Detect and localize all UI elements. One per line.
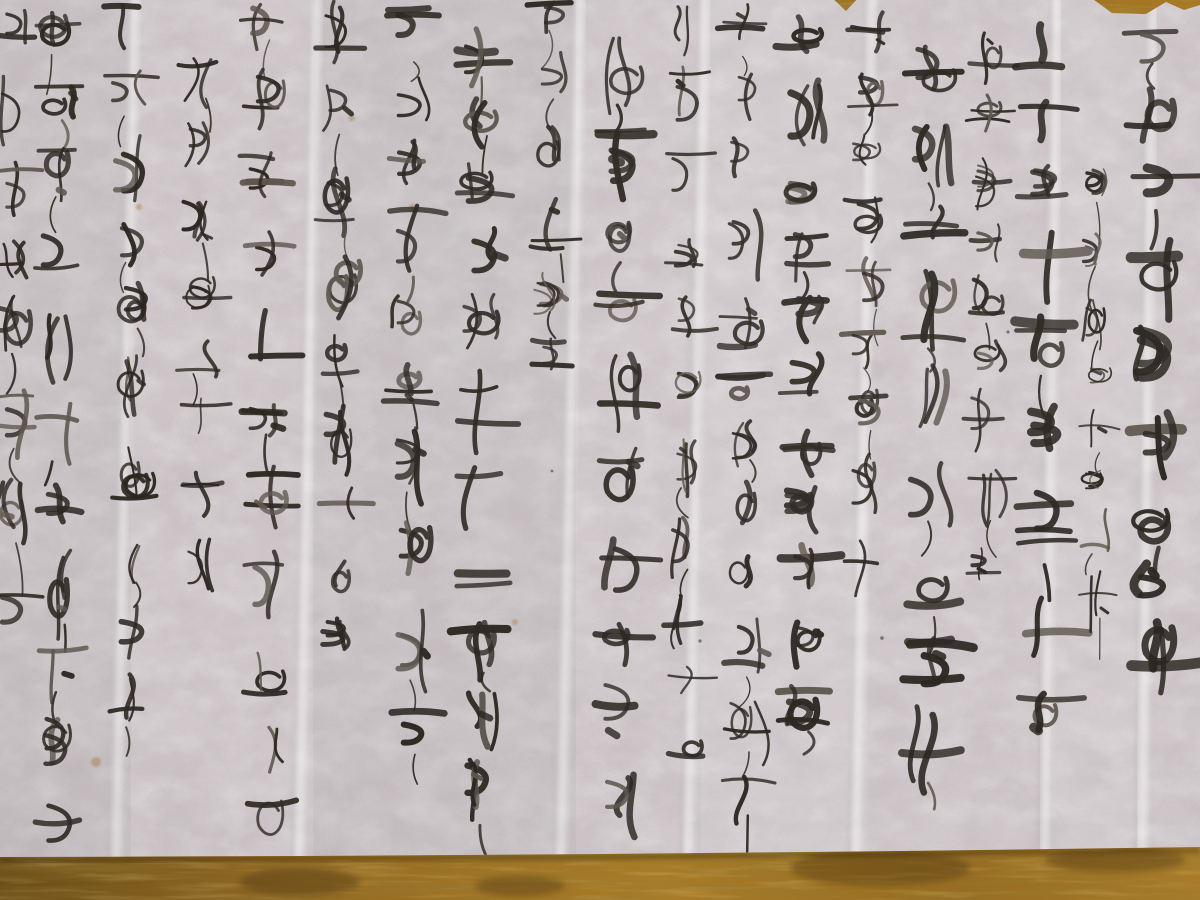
photo-vignette	[0, 0, 1200, 900]
letter-photo-canvas	[0, 0, 1200, 900]
photograph-of-calligraphy-letter	[0, 0, 1200, 900]
